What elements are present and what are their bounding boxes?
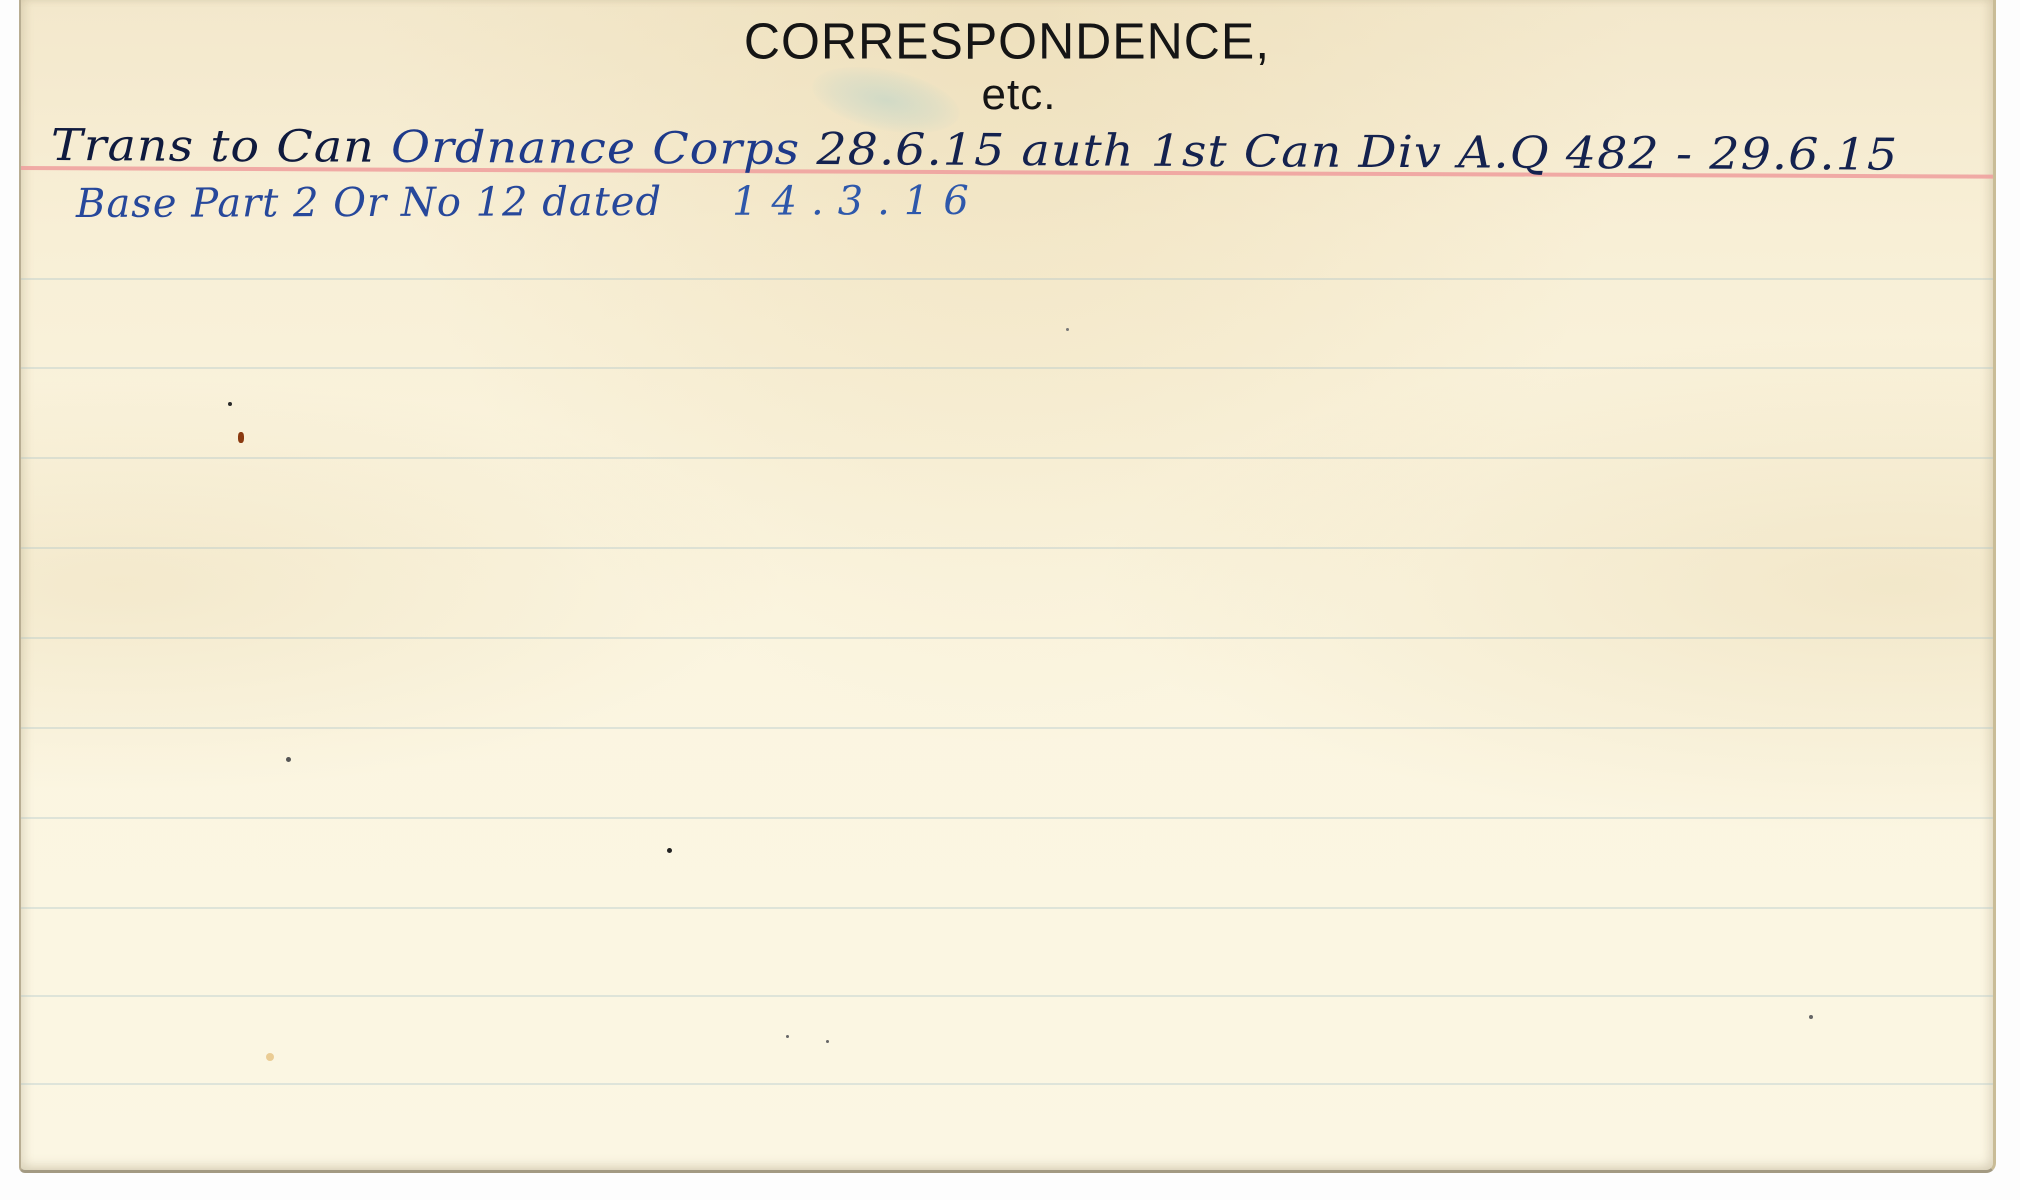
card-heading: CORRESPONDENCE, <box>21 11 1993 70</box>
paper-speck <box>286 757 291 762</box>
handwritten-entry-2: Base Part 2 Or No 12 dated14.3.16 <box>76 175 983 230</box>
ruled-line <box>21 637 1993 639</box>
scanned-document: CORRESPONDENCE, etc. Trans to Can Ordnan… <box>0 0 2020 1200</box>
ruled-line <box>21 457 1993 459</box>
ruled-line <box>21 995 1993 997</box>
entry-1-segment: Ordnance Corps <box>391 122 817 175</box>
record-card: CORRESPONDENCE, etc. Trans to Can Ordnan… <box>19 0 1996 1173</box>
ruled-line <box>21 547 1993 549</box>
entry-2-text: Base Part 2 Or No 12 dated <box>76 179 662 227</box>
handwritten-entry-1: Trans to Can Ordnance Corps 28.6.15 auth… <box>51 118 1899 184</box>
paper-speck <box>228 402 232 406</box>
entry-1-segment: to Can <box>210 121 391 173</box>
entry-1-segment: 28.6.15 auth 1st Can Div A.Q 482 - 29.6.… <box>816 124 1898 181</box>
paper-speck <box>826 1040 829 1043</box>
paper-speck <box>786 1035 789 1038</box>
paper-speck <box>266 1053 274 1061</box>
entry-1-segment: Trans <box>51 120 211 172</box>
ruled-line <box>21 278 1993 280</box>
paper-speck <box>1066 328 1069 331</box>
ruled-line <box>21 367 1993 369</box>
card-subheading: etc. <box>21 70 1996 120</box>
ruled-line <box>21 1083 1993 1085</box>
paper-speck <box>1809 1015 1813 1019</box>
ruled-line <box>21 817 1993 819</box>
paper-speck <box>667 848 672 853</box>
paper-speck <box>238 432 244 443</box>
entry-2-date: 14.3.16 <box>732 178 983 225</box>
ruled-line <box>21 907 1993 909</box>
ruled-line <box>21 727 1993 729</box>
